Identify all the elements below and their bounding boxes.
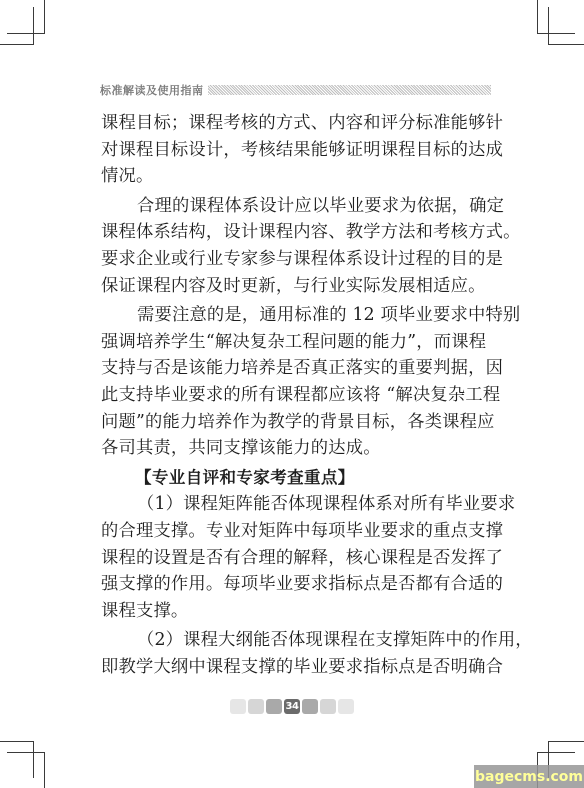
watermark: bagecms.com (474, 765, 584, 788)
paragraph-first-line: （1）课程矩阵能否体现课程体系对所有毕业要求 (101, 491, 481, 518)
text-line: 即教学大纲中课程支撑的毕业要求指标点是否明确合 (101, 654, 481, 681)
text-line: 对课程目标设计，考核结果能够证明课程目标的达成 (101, 137, 481, 164)
page-body: 课程目标；课程考核的方式、内容和评分标准能够针 对课程目标设计，考核结果能够证明… (101, 110, 481, 680)
crop-mark (537, 33, 575, 34)
text-line: 保证课程内容及时更新，与行业实际发展相适应。 (101, 273, 481, 300)
text-line: 支持与否是该能力培养是否真正落实的重要判据，因 (101, 355, 481, 382)
text-line: 问题”的能力培养作为教学的背景目标，各类课程应 (101, 409, 481, 436)
paragraph-first-line: （2）课程大纲能否体现课程在支撑矩阵中的作用， (101, 627, 481, 654)
crop-mark (44, 752, 45, 788)
crop-mark (33, 7, 34, 45)
crop-mark (33, 741, 34, 778)
text-line: 情况。 (101, 163, 481, 190)
text-line: 此支持毕业要求的所有课程都应该将 “解决复杂工程 (101, 382, 481, 409)
page-number-indicator: 34 (230, 699, 354, 714)
text-line: 的合理支撑。专业对矩阵中每项毕业要求的重点支撑 (101, 518, 481, 545)
page-box (320, 699, 336, 714)
paragraph-first-line: 合理的课程体系设计应以毕业要求为依据，确定 (101, 193, 481, 220)
text-line: 要求企业或行业专家参与课程体系设计过程的目的是 (101, 246, 481, 273)
page-number: 34 (284, 699, 300, 714)
text-line: 课程体系结构，设计课程内容、教学方法和考核方式。 (101, 219, 481, 246)
crop-mark (0, 741, 34, 742)
crop-mark (548, 741, 584, 742)
page-box (338, 699, 354, 714)
crop-mark (44, 0, 45, 34)
page-box (266, 699, 282, 714)
running-head: 标准解读及使用指南 (100, 82, 491, 98)
crop-mark (7, 33, 45, 34)
running-head-hatch-bar (208, 85, 492, 95)
page-box (230, 699, 246, 714)
section-heading: 【专业自评和专家考查重点】 (101, 465, 481, 492)
crop-mark (537, 752, 575, 753)
page-box (248, 699, 264, 714)
running-head-title: 标准解读及使用指南 (100, 82, 204, 98)
page-box (302, 699, 318, 714)
text-line: 强支撑的作用。每项毕业要求指标点是否都有合适的 (101, 571, 481, 598)
text-line: 课程支撑。 (101, 598, 481, 625)
crop-mark (7, 752, 45, 753)
crop-mark (537, 0, 538, 34)
text-line: 课程目标；课程考核的方式、内容和评分标准能够针 (101, 110, 481, 137)
crop-mark (0, 44, 34, 45)
text-line: 课程的设置是否有合理的解释，核心课程是否发挥了 (101, 545, 481, 572)
paragraph-first-line: 需要注意的是，通用标准的 12 项毕业要求中特别 (101, 302, 481, 329)
text-line: 各司其责，共同支撑该能力的达成。 (101, 435, 481, 462)
text-line: 强调培养学生“解决复杂工程问题的能力”，而课程 (101, 329, 481, 356)
crop-mark (548, 44, 584, 45)
crop-mark (548, 7, 549, 45)
